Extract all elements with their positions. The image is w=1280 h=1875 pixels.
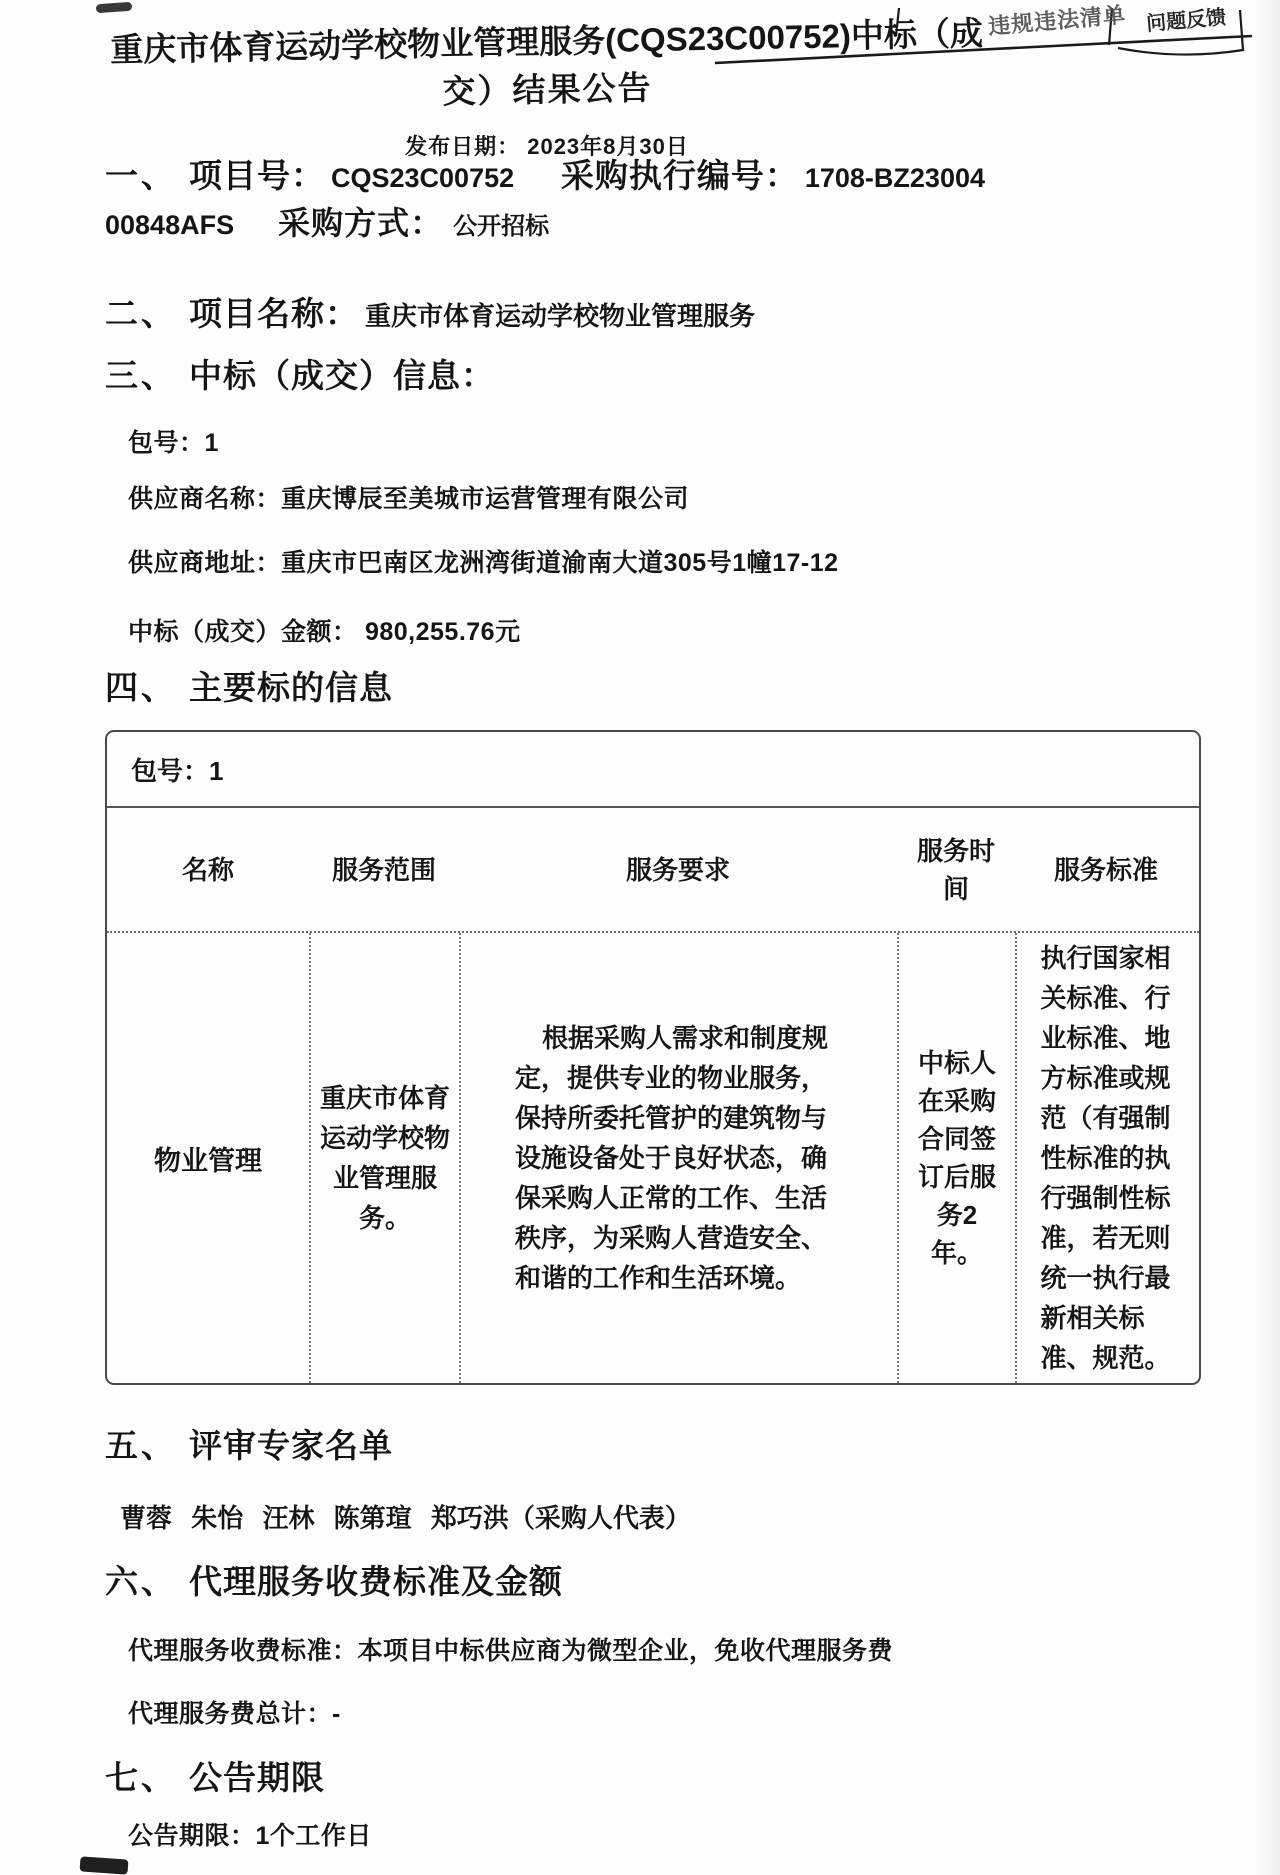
agency-fee-label: 代理服务收费标准及金额 [189, 1556, 563, 1603]
section-project-number: 一、 项目号： CQS23C00752 采购执行编号： 1708-BZ23004 [105, 150, 985, 197]
col-header-time-text: 服务时间 [916, 832, 996, 908]
section-number: 五、 [105, 1420, 177, 1467]
expert-names-line: 曹蓉 朱怡 汪林 陈第瑄 郑巧洪（采购人代表） [120, 1498, 691, 1535]
section-number: 三、 [105, 350, 177, 397]
col-header-name-text: 名称 [182, 851, 234, 889]
exec-number-value: 1708-BZ23004 [805, 163, 985, 194]
award-info-label: 中标（成交）信息： [189, 350, 495, 397]
project-number-group: 一、 项目号： CQS23C00752 [105, 150, 514, 197]
section-expert-list: 五、 评审专家名单 [105, 1420, 393, 1467]
section-number: 四、 [105, 662, 177, 709]
section-announcement-period: 七、 公告期限 [105, 1752, 325, 1799]
cell-service-standard-text: 执行国家相关标准、行业标准、地方标准或规范（有强制性标准的执行强制性标准，若无则… [1041, 938, 1174, 1378]
project-number-value: CQS23C00752 [331, 163, 514, 194]
table-package-label: 包号：1 [131, 751, 223, 788]
col-header-requirements-text: 服务要求 [626, 851, 730, 889]
package-number-line: 包号：1 [128, 423, 219, 459]
expert-list-label: 评审专家名单 [189, 1420, 393, 1467]
agency-fee-total-line: 代理服务费总计：- [128, 1694, 341, 1730]
project-number-label: 项目号： [189, 150, 325, 197]
cell-service-scope-text: 重庆市体育运动学校物业管理服务。 [318, 1078, 452, 1238]
col-header-standard-text: 服务标准 [1054, 851, 1158, 889]
scan-smudge-bottom-left [80, 1856, 129, 1874]
scan-smudge-top-left [96, 2, 133, 13]
cell-service-scope: 重庆市体育运动学校物业管理服务。 [309, 933, 459, 1383]
section-award-info: 三、 中标（成交）信息： [105, 350, 495, 397]
col-header-scope: 服务范围 [309, 808, 459, 931]
overlay-feedback-label: 问题反馈 [1145, 1, 1227, 37]
section-number: 七、 [105, 1752, 177, 1799]
procurement-method-value: 公开招标 [453, 206, 549, 241]
cell-service-standard: 执行国家相关标准、行业标准、地方标准或规范（有强制性标准的执行强制性标准，若无则… [1015, 933, 1197, 1383]
section-agency-fee: 六、 代理服务收费标准及金额 [105, 1556, 563, 1603]
section-project-number-cont: 00848AFS 采购方式： 公开招标 [105, 198, 549, 244]
document-title: 重庆市体育运动学校物业管理服务(CQS23C00752)中标（成 交）结果公告 [51, 7, 1043, 122]
section-main-subject: 四、 主要标的信息 [105, 662, 393, 709]
section-number: 六、 [105, 1556, 177, 1603]
table-data-row: 物业管理 重庆市体育运动学校物业管理服务。 根据采购人需求和制度规定，提供专业的… [107, 933, 1199, 1383]
project-name-label: 项目名称： [189, 288, 359, 335]
section-number: 二、 [105, 288, 177, 335]
table-package-row: 包号：1 [107, 732, 1199, 808]
cell-service-requirements: 根据采购人需求和制度规定，提供专业的物业服务，保持所委托管护的建筑物与设施设备处… [459, 933, 897, 1383]
exec-number-label: 采购执行编号： [561, 150, 799, 197]
cell-service-time-text: 中标人在采购合同签订后服务2年。 [917, 1044, 997, 1272]
supplier-address-line: 供应商地址：重庆市巴南区龙洲湾街道渝南大道305号1幢17-12 [128, 543, 839, 579]
main-bid-table: 包号：1 名称 服务范围 服务要求 服务时间 服务标准 物业管理 重庆市体育运动… [105, 730, 1201, 1385]
announcement-period-label: 公告期限 [189, 1752, 325, 1799]
table-header-row: 名称 服务范围 服务要求 服务时间 服务标准 [107, 808, 1199, 933]
project-name-value: 重庆市体育运动学校物业管理服务 [365, 296, 755, 333]
cell-service-name: 物业管理 [107, 933, 309, 1383]
main-subject-label: 主要标的信息 [189, 662, 393, 709]
agency-fee-standard-line: 代理服务收费标准：本项目中标供应商为微型企业，免收代理服务费 [128, 1631, 893, 1667]
procurement-method-label: 采购方式： [278, 198, 443, 244]
cell-service-name-text: 物业管理 [154, 1139, 262, 1178]
announcement-period-line: 公告期限：1个工作日 [128, 1816, 372, 1852]
exec-number-continuation: 00848AFS [105, 210, 234, 241]
col-header-time: 服务时间 [897, 808, 1015, 931]
scanned-document-page: 违规违法清单 问题反馈 重庆市体育运动学校物业管理服务(CQS23C00752)… [0, 0, 1280, 1875]
col-header-scope-text: 服务范围 [332, 851, 436, 889]
section-project-name: 二、 项目名称： 重庆市体育运动学校物业管理服务 [105, 288, 755, 335]
supplier-name-line: 供应商名称：重庆博辰至美城市运营管理有限公司 [128, 479, 689, 515]
cell-service-requirements-text: 根据采购人需求和制度规定，提供专业的物业服务，保持所委托管护的建筑物与设施设备处… [515, 1018, 843, 1298]
col-header-standard: 服务标准 [1015, 808, 1197, 931]
col-header-requirements: 服务要求 [459, 808, 897, 931]
col-header-name: 名称 [107, 808, 309, 931]
section-number: 一、 [105, 150, 177, 197]
cell-service-time: 中标人在采购合同签订后服务2年。 [897, 933, 1015, 1383]
exec-number-group: 采购执行编号： 1708-BZ23004 [549, 150, 985, 197]
award-amount-line: 中标（成交）金额： 980,255.76元 [128, 612, 521, 648]
